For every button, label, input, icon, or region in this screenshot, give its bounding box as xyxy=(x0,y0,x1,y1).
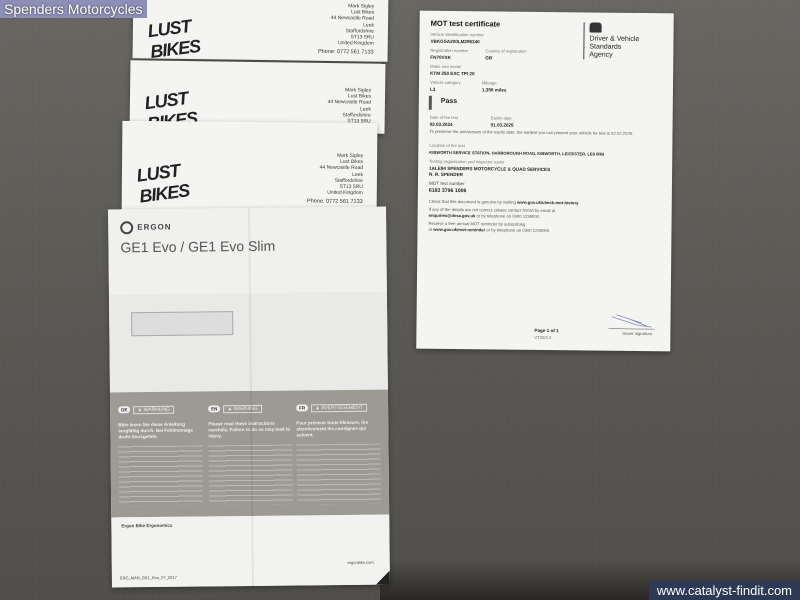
watermark-overlay: www.catalyst-findit.com xyxy=(649,581,800,600)
warning-column-fr: FR▲ AVERTISSEMENT Pour prévenir toute bl… xyxy=(296,396,381,505)
ergon-logo: ERGON xyxy=(120,221,171,235)
expiry-date-value: 01.03.2025 xyxy=(491,122,514,127)
royal-crest-icon xyxy=(590,22,602,32)
lust-bikes-logo: LUST BIKES xyxy=(136,143,206,192)
make-model-value: KTM 250 EXC TPI 20 xyxy=(430,71,474,76)
ergon-grip-leaflet: ERGON GE1 Evo / GE1 Evo Slim DE▲ WARNUNG… xyxy=(108,207,390,588)
vin-value: VBKGSA200LM295340 xyxy=(430,39,479,45)
mot-title: MOT test certificate xyxy=(431,19,501,29)
mot-reminder-link[interactable]: www.gov.uk/mot-reminder xyxy=(433,226,485,232)
result-bar xyxy=(429,96,432,110)
grip-illustration xyxy=(131,311,233,336)
invoice-address: Mark Sigley Lust Bikes 44 Newcastle Road… xyxy=(327,87,371,125)
mot-certificate: MOT test certificate Driver & Vehicle St… xyxy=(416,11,674,352)
registration-value: FN70VXK xyxy=(430,55,451,60)
test-result: Pass xyxy=(441,98,457,105)
warning-column-de: DE▲ WARNUNG Bitte lesen Sie diese Anleit… xyxy=(118,397,203,506)
test-date-value: 02.03.2024 xyxy=(430,122,453,127)
warning-label: ▲ AVERTISSEMENT xyxy=(311,404,367,413)
invoice-address: Mark Sigley Lust Bikes 44 Newcastle Road… xyxy=(307,153,363,206)
corner-triangle-icon xyxy=(376,571,390,585)
invoice-address: Mark Sigley Lust Bikes 44 Newcastle Road… xyxy=(318,3,374,56)
check-mot-history-link[interactable]: www.gov.uk/check-mot-history xyxy=(517,200,578,206)
invoice-sheet-1: LUST BIKES Mark Sigley Lust Bikes 44 New… xyxy=(133,0,389,62)
lust-bikes-logo: LUST BIKES xyxy=(144,70,215,119)
mot-test-number: 6183 3796 1006 xyxy=(429,188,467,194)
mileage-value: 1,356 miles xyxy=(482,87,507,92)
seller-title-overlay: Spenders Motorcycles xyxy=(0,0,147,18)
product-title: GE1 Evo / GE1 Evo Slim xyxy=(120,238,275,256)
test-location: KIBWORTH SERVICE STATION, HARBOROUGH ROA… xyxy=(429,150,604,157)
lust-bikes-logo: LUST BIKES xyxy=(147,0,218,47)
signature-scribble-icon xyxy=(606,313,656,332)
dvsa-email-link[interactable]: enquiries@dvsa.gov.uk xyxy=(429,212,476,217)
dvsa-logo: Driver & Vehicle Standards Agency xyxy=(583,22,639,60)
ergon-ring-icon xyxy=(120,221,133,234)
warning-label: ▲ WARNING xyxy=(223,405,261,413)
warning-label: ▲ WARNUNG xyxy=(133,406,174,414)
invoice-sheet-3: LUST BIKES Mark Sigley Lust Bikes 44 New… xyxy=(122,121,378,218)
